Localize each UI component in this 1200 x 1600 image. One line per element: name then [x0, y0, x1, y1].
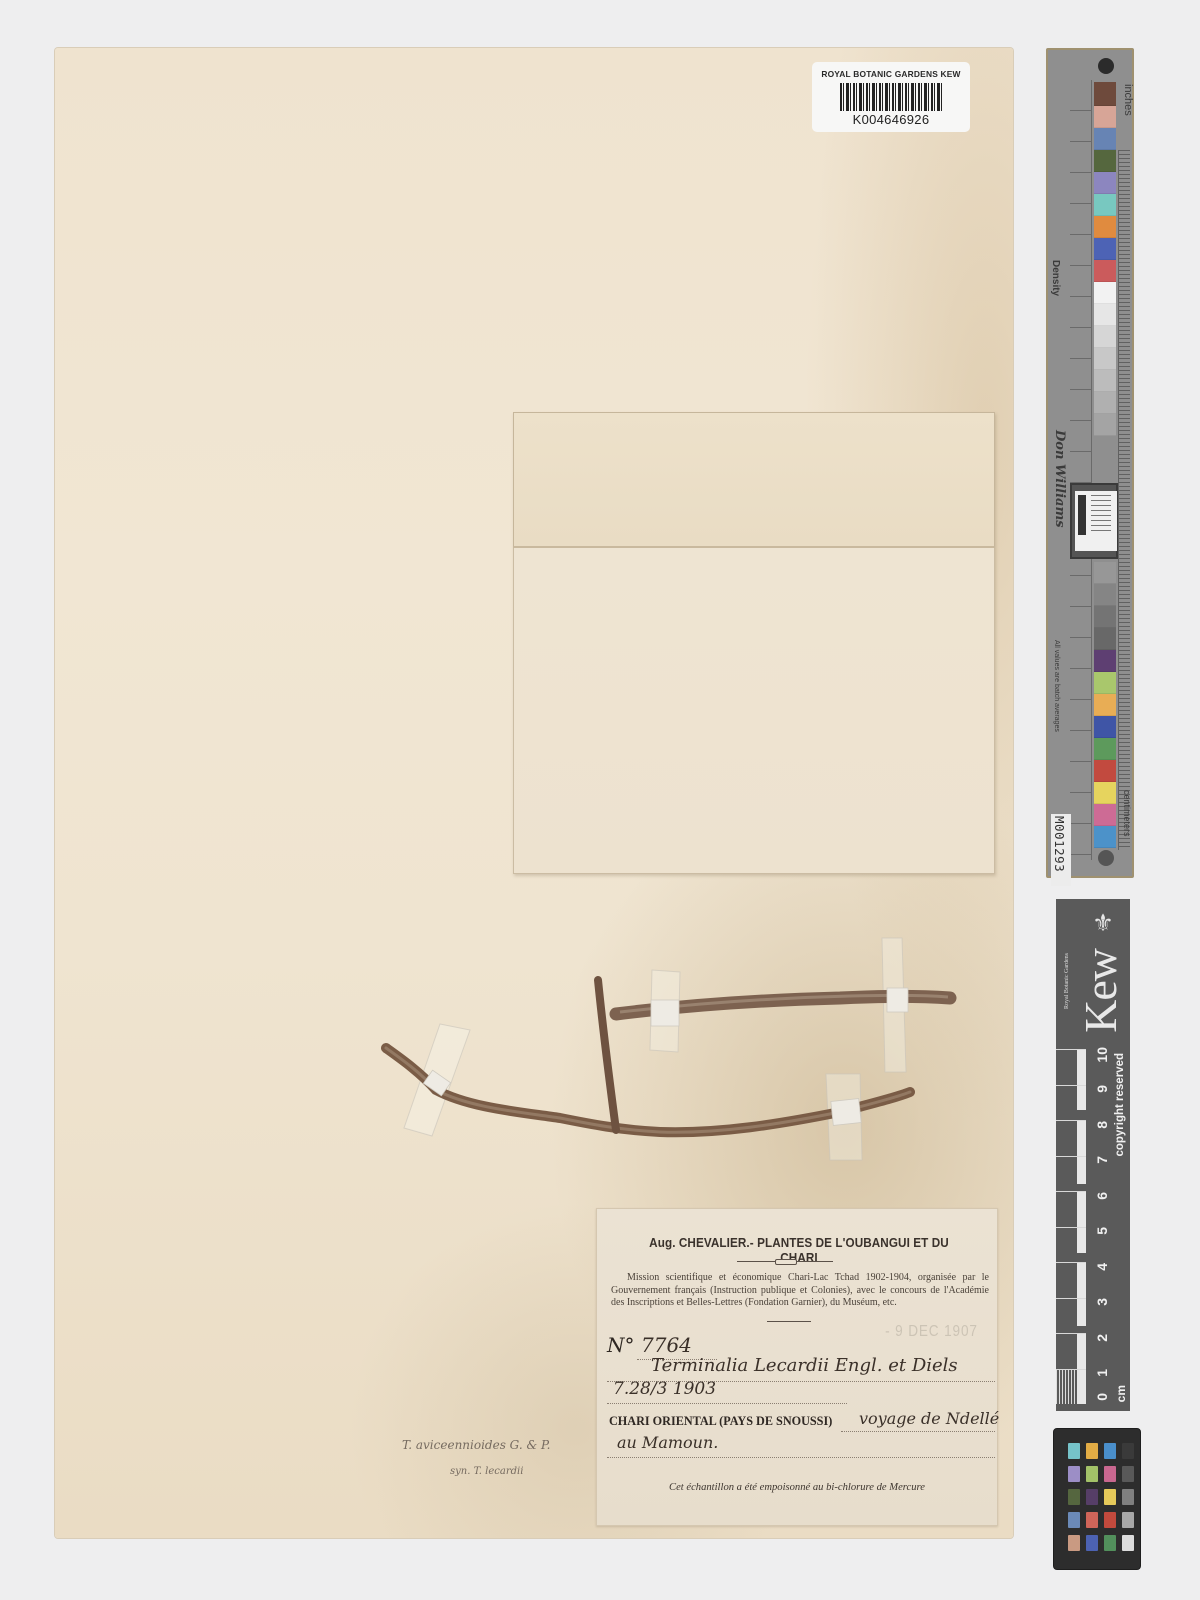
color-patch — [1094, 826, 1116, 848]
checker-swatch — [1104, 1512, 1116, 1528]
color-patch — [1094, 194, 1116, 216]
maker-label: Don Williams — [1052, 430, 1067, 528]
synonym-annotation: syn. T. lecardii — [450, 1466, 523, 1477]
checker-swatch — [1068, 1443, 1080, 1459]
ruler-subbrand: Royal Botanic Gardens — [1064, 953, 1070, 1009]
checker-swatch — [1104, 1535, 1116, 1551]
number-prefix: N° — [607, 1333, 635, 1357]
gray-patch — [1094, 282, 1116, 304]
checker-swatch — [1068, 1489, 1080, 1505]
scale-id: M001293 — [1052, 816, 1067, 872]
locality-line-2: au Mamoun. — [617, 1433, 718, 1452]
barcode-label: ROYAL BOTANIC GARDENS KEW K004646926 — [812, 62, 970, 132]
checker-swatch — [1068, 1512, 1080, 1528]
color-patch — [1094, 738, 1116, 760]
barcode-number: K004646926 — [812, 112, 970, 127]
collection-date: 7.28/3 1903 — [613, 1379, 716, 1399]
scale-hole-icon — [1098, 850, 1114, 866]
ruler-tick-8: 8 — [1094, 1121, 1110, 1129]
institution-name: ROYAL BOTANIC GARDENS KEW — [812, 69, 970, 79]
envelope-flap — [513, 412, 995, 548]
scale-hole-icon — [1098, 58, 1114, 74]
gray-patch — [1094, 606, 1116, 628]
density-values-column — [1070, 80, 1092, 860]
gray-patch — [1094, 392, 1116, 414]
checker-swatch — [1086, 1443, 1098, 1459]
gray-patch — [1094, 304, 1116, 326]
unit-label: cm — [1114, 1385, 1128, 1402]
checker-swatch — [1122, 1535, 1134, 1551]
barcode-icon — [840, 83, 942, 111]
determination-annotation: T. aviceennioides G. & P. — [402, 1438, 550, 1452]
ruler-tick-7: 7 — [1094, 1156, 1110, 1164]
cm-scale-bar — [1056, 1049, 1086, 1404]
color-patch — [1094, 260, 1116, 282]
resolution-target — [1070, 483, 1118, 559]
copyright-text: copyright reserved — [1114, 1053, 1126, 1157]
ruler-tick-2: 2 — [1094, 1334, 1110, 1342]
color-patch — [1094, 106, 1116, 128]
scale-id-tag: M001293 — [1051, 814, 1071, 886]
color-patch — [1094, 782, 1116, 804]
gray-patch — [1094, 562, 1116, 584]
checker-swatch — [1122, 1489, 1134, 1505]
checker-swatch — [1086, 1512, 1098, 1528]
color-patch — [1094, 150, 1116, 172]
gray-patch — [1094, 348, 1116, 370]
gray-patch — [1094, 414, 1116, 436]
ruler-tick-1: 1 — [1094, 1369, 1110, 1377]
checker-swatch — [1086, 1489, 1098, 1505]
checker-swatch — [1086, 1535, 1098, 1551]
color-checker — [1053, 1428, 1141, 1570]
ruler-tick-6: 6 — [1094, 1192, 1110, 1200]
rule-line — [607, 1457, 995, 1458]
batch-note: All values are batch averages — [1053, 640, 1060, 732]
locality-line-1: voyage de Ndellé — [859, 1409, 999, 1428]
color-patch — [1094, 216, 1116, 238]
royal-crest-icon: ⚜ — [1086, 909, 1120, 939]
ruler-tick-3: 3 — [1094, 1298, 1110, 1306]
gray-patch — [1094, 370, 1116, 392]
rule-line — [841, 1431, 995, 1432]
ruler-tick-9: 9 — [1094, 1085, 1110, 1093]
date-stamp: - 9 DEC 1907 — [885, 1323, 978, 1341]
gray-patch — [1094, 628, 1116, 650]
color-patch — [1094, 760, 1116, 782]
checker-swatch — [1104, 1443, 1116, 1459]
ruler-tick-10: 10 — [1094, 1047, 1110, 1063]
divider-ornament — [737, 1261, 833, 1263]
region-text: CHARI ORIENTAL (PAYS DE SNOUSSI) — [609, 1414, 832, 1429]
gray-patch — [1094, 584, 1116, 606]
checker-swatch — [1068, 1535, 1080, 1551]
mission-text: Mission scientifique et économique Chari… — [611, 1272, 989, 1310]
poison-notice: Cet échantillon a été empoisonné au bi-c… — [597, 1482, 997, 1493]
density-label: Density — [1050, 260, 1061, 296]
collector-label: Aug. CHEVALIER.- PLANTES DE L'OUBANGUI E… — [596, 1208, 998, 1526]
taxon-name: Terminalia Lecardii Engl. et Diels — [651, 1355, 958, 1376]
color-patch — [1094, 716, 1116, 738]
color-patch — [1094, 650, 1116, 672]
ruler-tick-0: 0 — [1094, 1393, 1110, 1401]
color-density-scale: inches Density Don Williams All values a… — [1046, 48, 1134, 878]
checker-swatch — [1122, 1512, 1134, 1528]
color-patch — [1094, 238, 1116, 260]
kew-ruler: ⚜ Royal Botanic Gardens Kew copyright re… — [1056, 899, 1130, 1411]
checker-swatch — [1086, 1466, 1098, 1482]
color-patch — [1094, 672, 1116, 694]
ruler-tick-4: 4 — [1094, 1263, 1110, 1271]
checker-swatch — [1122, 1466, 1134, 1482]
checker-swatch — [1122, 1443, 1134, 1459]
fragment-envelope — [513, 412, 995, 874]
color-patch — [1094, 128, 1116, 150]
ruler-tick-5: 5 — [1094, 1227, 1110, 1235]
checker-swatch — [1104, 1466, 1116, 1482]
divider-ornament — [767, 1321, 811, 1322]
color-patch — [1094, 172, 1116, 194]
color-patch — [1094, 804, 1116, 826]
scale-ticks — [1118, 150, 1130, 850]
color-patch — [1094, 694, 1116, 716]
checker-swatch — [1104, 1489, 1116, 1505]
checker-swatch — [1068, 1466, 1080, 1482]
kew-logo: Kew — [1078, 949, 1124, 1033]
color-patch — [1094, 82, 1116, 106]
rule-line — [607, 1403, 847, 1404]
inches-label: inches — [1122, 84, 1134, 116]
gray-patch — [1094, 326, 1116, 348]
collection-number: 7764 — [641, 1333, 692, 1357]
